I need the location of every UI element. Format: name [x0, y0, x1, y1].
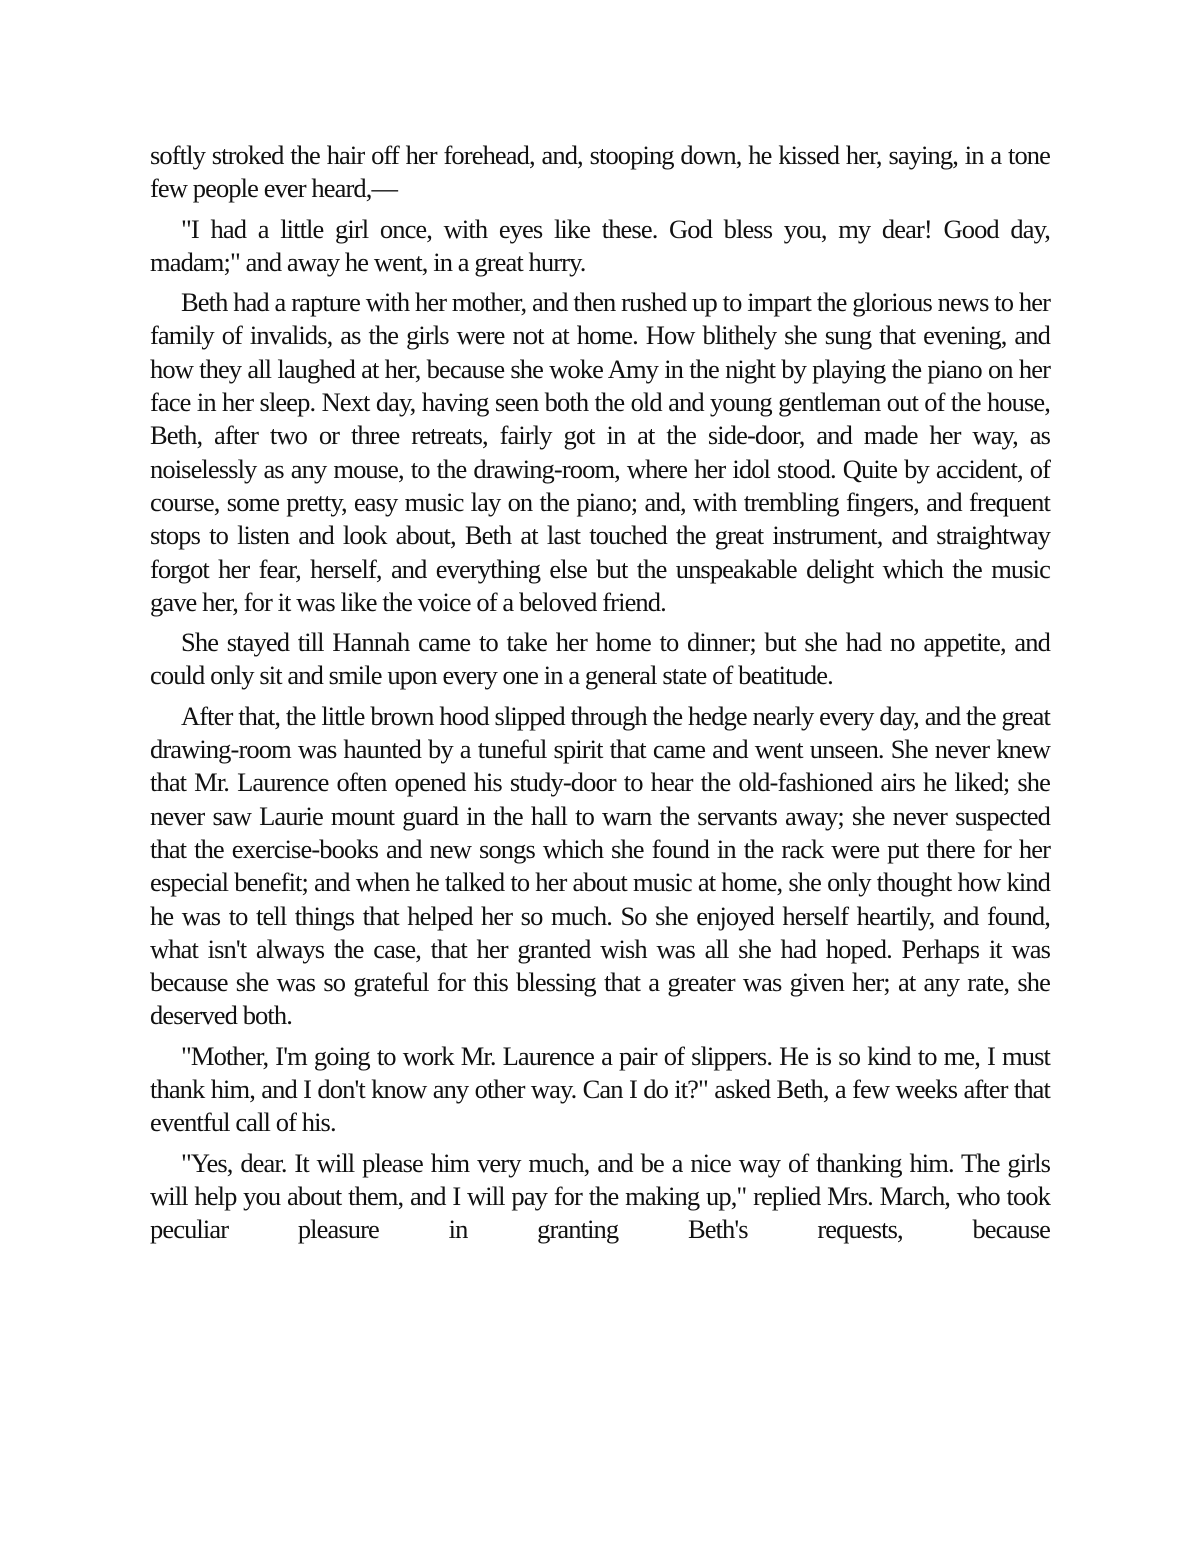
paragraph-continuation: softly stroked the hair off her forehead…: [150, 139, 1050, 206]
paragraph-slippers-request: "Mother, I'm going to work Mr. Laurence …: [150, 1040, 1050, 1140]
paragraph-beth-rapture: Beth had a rapture with her mother, and …: [150, 286, 1050, 619]
paragraph-brown-hood: After that, the little brown hood slippe…: [150, 700, 1050, 1033]
paragraph-laurence-blessing: "I had a little girl once, with eyes lik…: [150, 213, 1050, 280]
document-page: softly stroked the hair off her forehead…: [150, 139, 1050, 1254]
paragraph-hannah-dinner: She stayed till Hannah came to take her …: [150, 626, 1050, 693]
paragraph-mrs-march-reply: "Yes, dear. It will please him very much…: [150, 1147, 1050, 1247]
